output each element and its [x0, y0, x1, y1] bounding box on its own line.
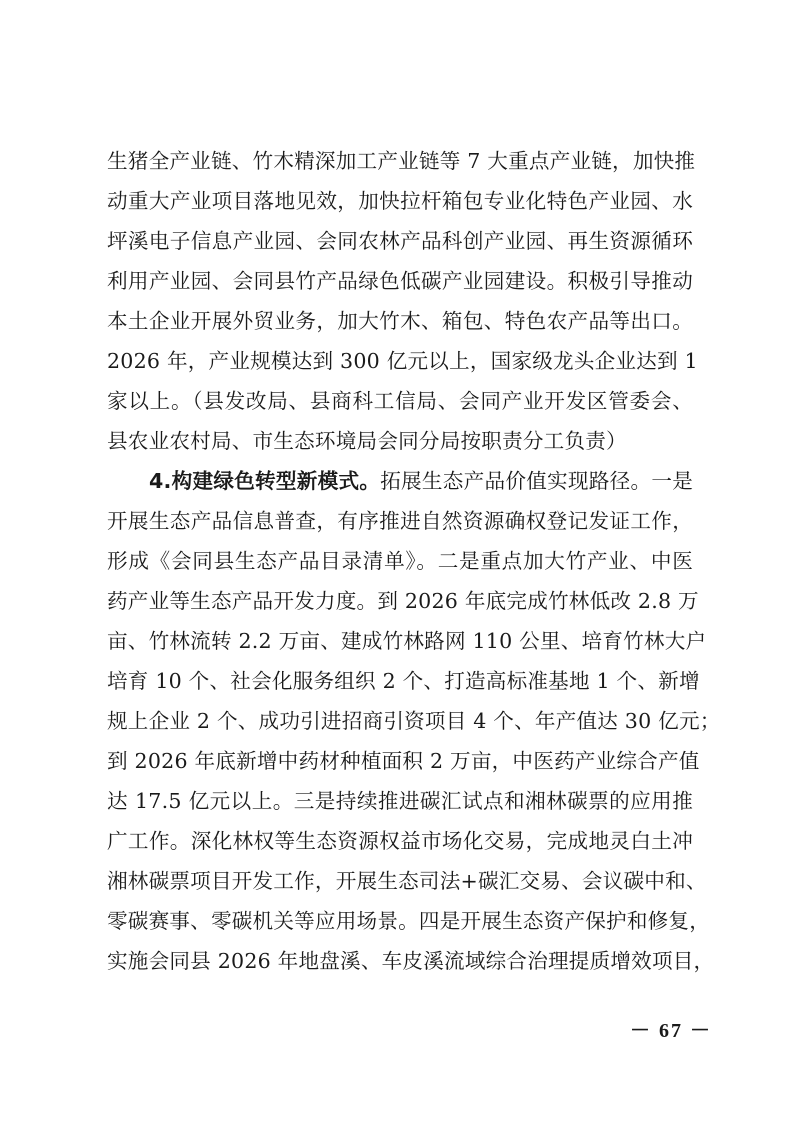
text-line: 利用产业园、会同县竹产品绿色低碳产业园建设。积极引导推动	[107, 261, 693, 301]
text-line: 亩、竹林流转 2.2 万亩、建成竹林路网 110 公里、培育竹林大户	[107, 621, 693, 661]
text-line: 药产业等生态产品开发力度。到 2026 年底完成竹林低改 2.8 万	[107, 581, 693, 621]
text-line: 坪溪电子信息产业园、会同农林产品科创产业园、再生资源循环	[107, 221, 693, 261]
text-line: 培育 10 个、社会化服务组织 2 个、打造高标准基地 1 个、新增	[107, 661, 693, 701]
document-page: 生猪全产业链、竹木精深加工产业链等 7 大重点产业链，加快推 动重大产业项目落地…	[0, 0, 793, 1122]
text-line: 家以上。（县发改局、县商科工信局、会同产业开发区管委会、	[107, 381, 693, 421]
text-line: 实施会同县 2026 年地盘溪、车皮溪流域综合治理提质增效项目，	[107, 941, 693, 981]
text-line: 达 17.5 亿元以上。三是持续推进碳汇试点和湘林碳票的应用推	[107, 781, 693, 821]
text-line: 开展生态产品信息普查，有序推进自然资源确权登记发证工作，	[107, 501, 693, 541]
section-heading-line: 4.构建绿色转型新模式。拓展生态产品价值实现路径。一是	[107, 461, 693, 501]
text-line: 生猪全产业链、竹木精深加工产业链等 7 大重点产业链，加快推	[107, 141, 693, 181]
text-line: 县农业农村局、市生态环境局会同分局按职责分工负责）	[107, 421, 693, 461]
page-number: － 67 －	[630, 1014, 712, 1043]
text-line: 广工作。深化林权等生态资源权益市场化交易，完成地灵白土冲	[107, 821, 693, 861]
text-line: 形成《会同县生态产品目录清单》。二是重点加大竹产业、中医	[107, 541, 693, 581]
text-span: 拓展生态产品价值实现路径。一是	[380, 469, 693, 493]
section-heading: 4.构建绿色转型新模式。	[149, 469, 380, 493]
text-line: 到 2026 年底新增中药材种植面积 2 万亩，中医药产业综合产值	[107, 741, 693, 781]
text-line: 规上企业 2 个、成功引进招商引资项目 4 个、年产值达 30 亿元；	[107, 701, 693, 741]
text-line: 本土企业开展外贸业务，加大竹木、箱包、特色农产品等出口。	[107, 301, 693, 341]
text-line: 动重大产业项目落地见效，加快拉杆箱包专业化特色产业园、水	[107, 181, 693, 221]
text-line: 2026 年，产业规模达到 300 亿元以上，国家级龙头企业达到 1	[107, 341, 693, 381]
text-line: 零碳赛事、零碳机关等应用场景。四是开展生态资产保护和修复，	[107, 901, 693, 941]
body-text: 生猪全产业链、竹木精深加工产业链等 7 大重点产业链，加快推 动重大产业项目落地…	[107, 141, 693, 981]
text-line: 湘林碳票项目开发工作，开展生态司法+碳汇交易、会议碳中和、	[107, 861, 693, 901]
